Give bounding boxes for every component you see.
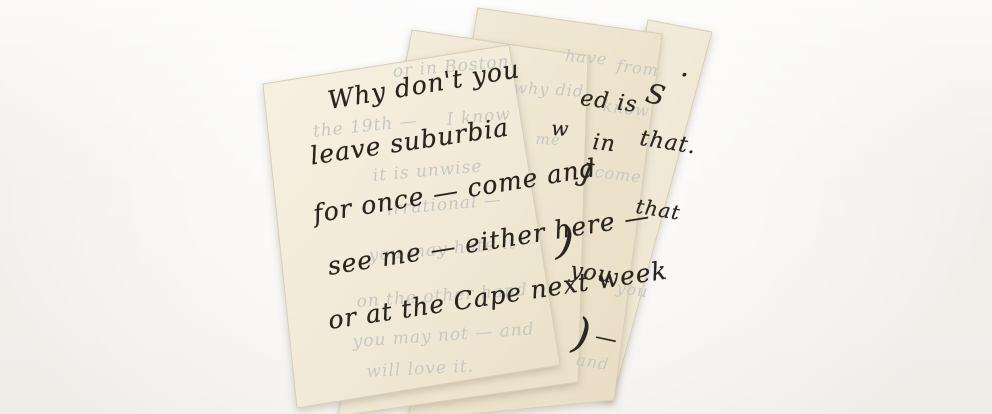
ink-stroke-fragment: that. xyxy=(638,126,698,160)
ink-stroke-fragment: — xyxy=(593,324,621,353)
ink-stroke-fragment: S xyxy=(643,78,669,113)
ink-stroke-fragment: ) xyxy=(569,308,595,359)
ink-stroke-fragment: . xyxy=(680,50,690,83)
letter-front-page-text: Why don't you leave suburbia for once — … xyxy=(286,14,657,349)
letter-photograph: or in Bostonthe 19th —I knowmeit is unwi… xyxy=(0,0,992,414)
